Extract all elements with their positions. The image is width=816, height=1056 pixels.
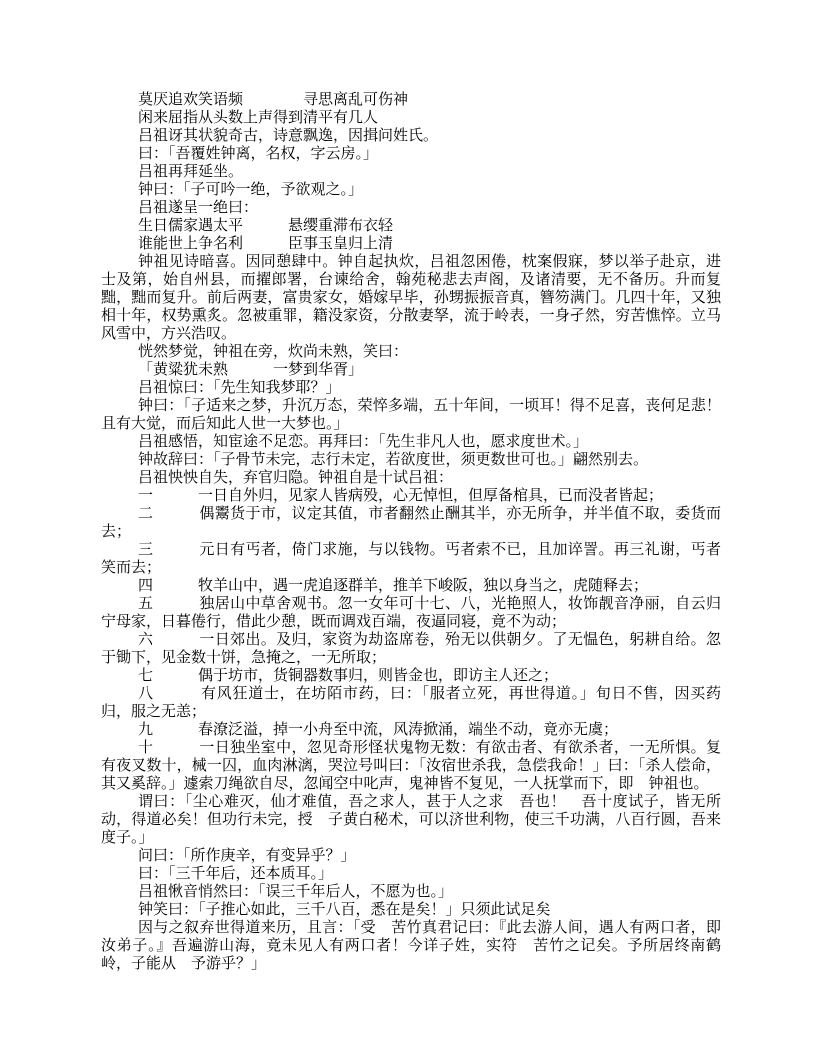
paragraph: 吕祖愀音悄然曰：「误三千年后人，不愿为也。」: [101, 882, 721, 900]
paragraph: 恍然梦觉，钟祖在旁，炊尚未熟，笑曰：: [101, 342, 721, 360]
paragraph: 八 有风狂道士，在坊陌市药，曰：「服者立死，再世得道。」旬日不售，因买药归，服之…: [101, 684, 721, 720]
paragraph: 吕祖感悟，知宦途不足恋。再拜曰：「先生非凡人也，愿求度世术。」: [101, 432, 721, 450]
text-block: 莫厌追欢笑语频 寻思离乱可伤神闲来屈指从头数上声得到清平有几人吕祖讶其状貌奇古，…: [101, 90, 721, 972]
paragraph: 钟故辞曰：「子骨节未完，志行未定，若欲度世，须更数世可也。」翩然别去。: [101, 450, 721, 468]
paragraph: 六 一日郊出。及归，家资为劫盗席卷，殆无以供朝夕。了无愠色，躬耕自给。忽于锄下，…: [101, 630, 721, 666]
paragraph: 谁能世上争名利 臣事玉皇归上清: [101, 234, 721, 252]
paragraph: 「黄粱犹未熟 一梦到华胥」: [101, 360, 721, 378]
document-page: 莫厌追欢笑语频 寻思离乱可伤神闲来屈指从头数上声得到清平有几人吕祖讶其状貌奇古，…: [0, 0, 816, 1056]
paragraph: 吕祖惊曰：「先生知我梦耶？」: [101, 378, 721, 396]
paragraph: 问曰：「所作庚辛，有变异乎？」: [101, 846, 721, 864]
paragraph: 三 元日有丐者，倚门求施，与以钱物。丐者索不已，且加谇詈。再三礼谢，丐者笑而去；: [101, 540, 721, 576]
paragraph: 曰：「三千年后，还本质耳。」: [101, 864, 721, 882]
paragraph: 生日儒家遇太平 悬缨重滞布衣轻: [101, 216, 721, 234]
paragraph: 闲来屈指从头数上声得到清平有几人: [101, 108, 721, 126]
paragraph: 曰：「吾覆姓钟离，名权，字云房。」: [101, 144, 721, 162]
paragraph: 钟曰：「子适来之梦，升沉万态，荣悴多端，五十年间，一顷耳！得不足喜，丧何足悲！且…: [101, 396, 721, 432]
paragraph: 二 偶鬻货于市，议定其值，市者翻然止酬其半，亦无所争，并半值不取，委货而去；: [101, 504, 721, 540]
paragraph: 钟祖见诗暗喜。因同憩肆中。钟自起执炊，吕祖忽困倦，枕案假寐，梦以举子赴京，进士及…: [101, 252, 721, 342]
paragraph: 吕祖讶其状貌奇古，诗意飘逸，因揖问姓氏。: [101, 126, 721, 144]
paragraph: 五 独居山中草舍观书。忽一女年可十七、八，光艳照人，妆饰靓音净丽，自云归宁母家，…: [101, 594, 721, 630]
paragraph: 九 春潦泛溢，掉一小舟至中流，风涛掀涌，端坐不动，竟亦无虞；: [101, 720, 721, 738]
paragraph: 因与之叙弃世得道来历，且言：「受 苦竹真君记曰：『此去游人间，遇人有两口者，即汝…: [101, 918, 721, 972]
paragraph: 四 牧羊山中，遇一虎追逐群羊，推羊下峻阪，独以身当之，虎随释去；: [101, 576, 721, 594]
paragraph: 十 一日独坐室中，忽见奇形怪状鬼物无数：有欲击者、有欲杀者，一无所惧。复有夜叉数…: [101, 738, 721, 792]
paragraph: 七 偶于坊市，货铜器数事归，则皆金也，即访主人还之；: [101, 666, 721, 684]
paragraph: 吕祖遂呈一绝曰：: [101, 198, 721, 216]
paragraph: 一 一日自外归，见家人皆病殁，心无悼怛，但厚备棺具，已而没者皆起；: [101, 486, 721, 504]
paragraph: 吕祖再拜延坐。: [101, 162, 721, 180]
paragraph: 钟曰：「子可吟一绝，予欲观之。」: [101, 180, 721, 198]
paragraph: 谓曰：「尘心难灭，仙才难值，吾之求人，甚于人之求 吾也！ 吾十度试子，皆无所动，…: [101, 792, 721, 846]
paragraph: 钟笑曰：「子推心如此，三千八百，悉在是矣！」只须此试足矣: [101, 900, 721, 918]
paragraph: 莫厌追欢笑语频 寻思离乱可伤神: [101, 90, 721, 108]
paragraph: 吕祖怏怏自失，弃官归隐。钟祖自是十试吕祖：: [101, 468, 721, 486]
